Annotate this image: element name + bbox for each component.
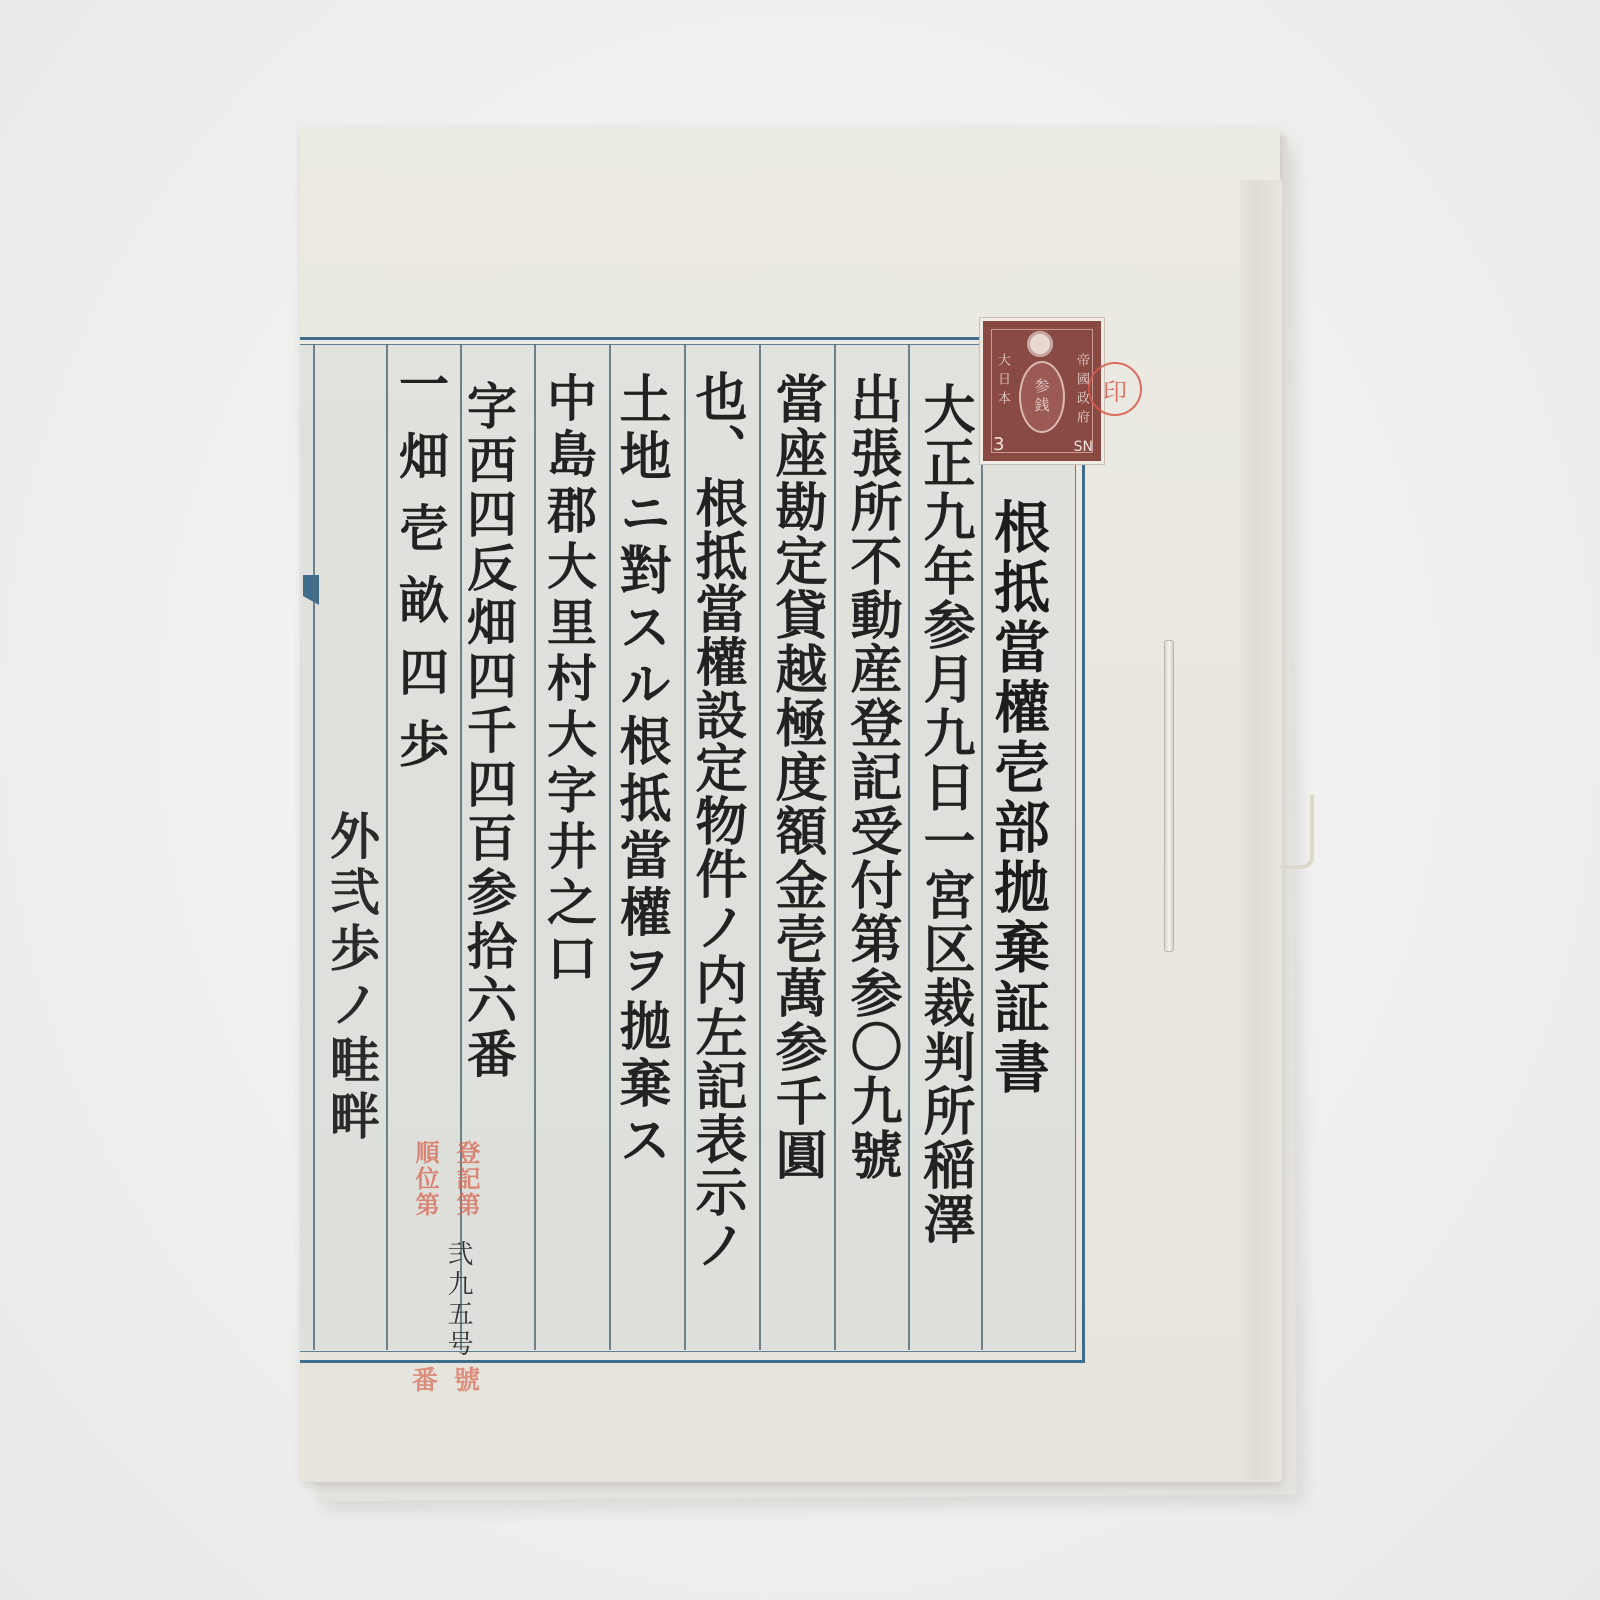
handwritten-registry-number: 弐九五号 xyxy=(440,1240,477,1360)
column-rule xyxy=(981,344,983,1350)
revenue-stamp: 大日本 参銭 帝國政府 3 SN xyxy=(980,318,1104,464)
registry-seal-right: 登記第 xyxy=(449,1140,484,1218)
binding-string xyxy=(1164,640,1174,952)
column-rule xyxy=(313,344,315,1350)
stamp-center-text: 参銭 xyxy=(1032,378,1053,416)
registry-seal: 登記第 順位第 xyxy=(408,1140,484,1218)
text-column-credit-limit: 當座勘定貸越極度額金壱萬参千圓 xyxy=(770,372,822,1182)
text-column-mortgage-property: 也、根抵當權設定物件ノ内左記表示ノ xyxy=(690,370,742,1271)
registry-seal-bottom-right: 號 xyxy=(454,1360,480,1397)
text-column-lot-number: 字西四反畑四千四百参拾六番 xyxy=(463,380,513,1082)
document-title: 根抵當權壱部拋棄証書 xyxy=(990,498,1046,1098)
text-column-waiver: 土地ニ對スル根抵當權ヲ拋棄ス xyxy=(614,372,666,1170)
column-rule xyxy=(908,344,910,1350)
column-rule xyxy=(386,344,388,1350)
stamp-unit: SN xyxy=(1074,439,1093,455)
text-column-registry-number: 出張所不動産登記受付第参〇九號 xyxy=(845,372,897,1182)
text-column-date-court: 大正九年参月九日一宮区裁判所稲澤 xyxy=(918,382,970,1246)
stamp-center-oval: 参銭 xyxy=(1019,361,1065,433)
chrysanthemum-icon xyxy=(1027,331,1053,357)
registry-seal-bottom: 番 號 xyxy=(412,1360,480,1397)
registry-seal-bottom-left: 番 xyxy=(412,1360,438,1397)
column-rule xyxy=(534,344,536,1350)
registry-seal-left: 順位第 xyxy=(408,1140,443,1218)
stamp-denomination: 3 xyxy=(993,434,1004,455)
stamp-left-text: 大日本 xyxy=(993,353,1012,410)
column-rule xyxy=(834,344,836,1350)
binding-string-tail xyxy=(1280,795,1314,869)
text-column-ridge-area: 外弐歩ノ畦畔 xyxy=(326,810,376,1146)
column-rule xyxy=(759,344,761,1350)
text-column-location: 中島郡大里村大字井之口 xyxy=(543,372,593,988)
page-edges xyxy=(1240,180,1282,1480)
cancellation-seal: 印 xyxy=(1088,362,1142,416)
text-column-field-area: 一畑壱畝四歩 xyxy=(395,358,445,790)
